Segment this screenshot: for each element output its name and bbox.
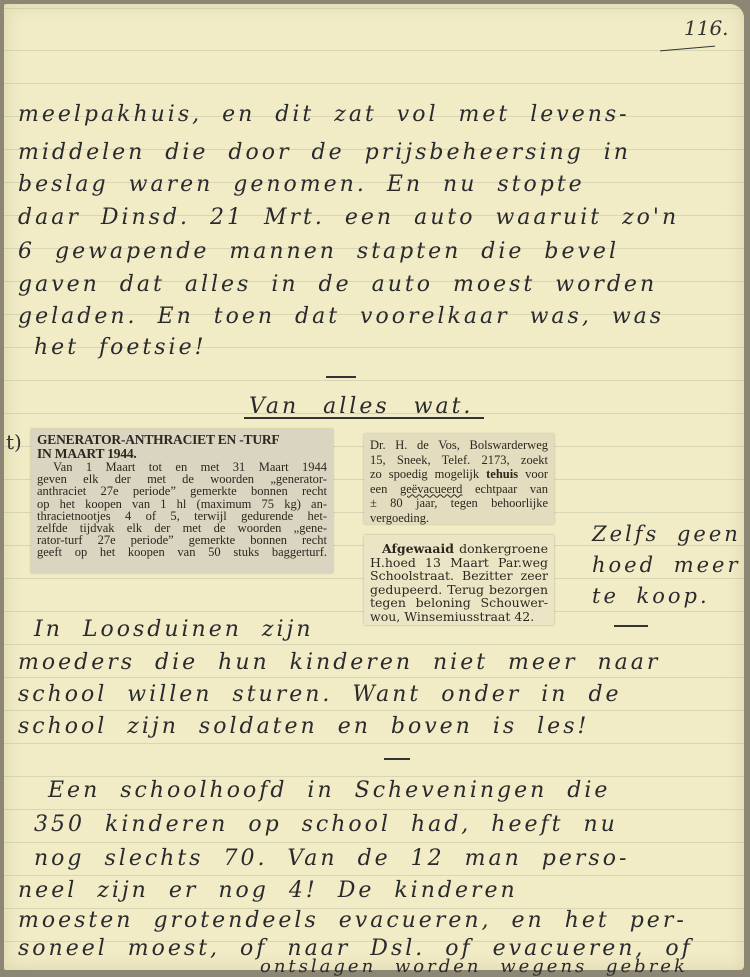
side-note-line: hoed meer (592, 553, 741, 577)
clipping-text: echtpaar van (462, 482, 548, 496)
handwritten-line: neel zijn er nog 4! De kinderen (18, 880, 518, 902)
newspaper-clipping-hoed: Afgewaaid donkergroene H.hoed 13 Maart P… (364, 535, 554, 625)
clipping-line: geeft op het koopen van 50 stuks baggert… (37, 546, 327, 558)
side-note-line: te koop. (592, 584, 710, 608)
clipping-line: een geëvacueerd echtpaar van (370, 482, 548, 497)
margin-marker: t) (6, 430, 22, 454)
clipping-line: H.hoed 13 Maart Par.weg (370, 556, 548, 570)
clipping-line: gedupeerd. Terug bezorgen (370, 583, 548, 597)
newspaper-clipping-generator: GENERATOR-ANTHRACIET EN -TURF IN MAART 1… (31, 429, 333, 573)
handwritten-line: daar Dinsd. 21 Mrt. een auto waaruit zo'… (18, 207, 679, 229)
newspaper-clipping-de-vos: Dr. H. de Vos, Bolswarderweg 15, Sneek, … (364, 434, 554, 524)
diary-page: 116. meelpakhuis, en dit zat vol met lev… (4, 4, 744, 970)
clipping-line: Dr. H. de Vos, Bolswarderweg (370, 438, 548, 453)
clipping-line: tegen beloning Schouwer- (370, 596, 548, 610)
handwritten-line: moesten grotendeels evacueren, en het pe… (18, 910, 687, 932)
clipping-body: Van 1 Maart tot en met 31 Maart 1944 gev… (37, 461, 327, 559)
clipping-text: zo spoedig mogelijk (370, 467, 486, 481)
clipping-title: IN MAART 1944. (37, 447, 327, 461)
clipping-line: vergoeding. (370, 511, 548, 526)
section-heading-underline (244, 417, 484, 419)
page-number-underline (660, 46, 715, 52)
handwritten-line: middelen die door de prijsbeheersing in (18, 142, 631, 164)
clipping-text: donkergroene (454, 541, 548, 556)
handwritten-line: nog slechts 70. Van de 12 man perso- (34, 848, 629, 870)
handwritten-line: ontslagen worden wegens gebrek (260, 958, 688, 976)
clipping-title: GENERATOR-ANTHRACIET EN -TURF (37, 433, 327, 447)
clipping-line: Afgewaaid donkergroene (370, 542, 548, 556)
clipping-bold-text: Afgewaaid (382, 541, 454, 556)
handwritten-line: 6 gewapende mannen stapten die bevel (18, 241, 619, 263)
handwritten-line: het foetsie! (34, 337, 206, 359)
clipping-text: een (370, 482, 400, 496)
clipping-line: zo spoedig mogelijk tehuis voor (370, 467, 548, 482)
handwritten-line: Een schoolhoofd in Scheveningen die (48, 780, 610, 802)
page-number: 116. (684, 16, 729, 40)
handwritten-line: school zijn soldaten en boven is les! (18, 716, 589, 738)
clipping-line: op het koopen van 1 hl (maximum 75 kg) a… (37, 498, 327, 510)
handwritten-line: beslag waren genomen. En nu stopte (18, 174, 585, 196)
clipping-line: Schoolstraat. Bezitter zeer (370, 569, 548, 583)
handwritten-line: geladen. En toen dat voorelkaar was, was (18, 306, 664, 328)
section-divider (384, 758, 410, 760)
handwritten-line: school willen sturen. Want onder in de (18, 684, 622, 706)
handwritten-line: In Loosduinen zijn (34, 619, 314, 641)
clipping-underlined-text: geëvacueerd (400, 482, 462, 496)
clipping-line: anthraciet 27e periode” gemerkte bonnen … (37, 485, 327, 497)
clipping-bold-text: tehuis (486, 467, 518, 481)
clipping-line: wou, Winsemiusstraat 42. (370, 610, 548, 624)
section-divider (326, 376, 356, 378)
clipping-line: ± 80 jaar, tegen behoorlijke (370, 496, 548, 511)
section-heading: Van alles wat. (249, 394, 473, 419)
clipping-line: 15, Sneek, Telef. 2173, zoekt (370, 453, 548, 468)
handwritten-line: moeders die hun kinderen niet meer naar (18, 652, 660, 674)
side-note-line: Zelfs geen (592, 522, 741, 546)
handwritten-line: meelpakhuis, en dit zat vol met levens- (18, 104, 630, 126)
clipping-text: voor (518, 467, 548, 481)
handwritten-line: gaven dat alles in de auto moest worden (18, 274, 657, 296)
side-note-divider (614, 625, 648, 627)
handwritten-line: 350 kinderen op school had, heeft nu (34, 814, 618, 836)
